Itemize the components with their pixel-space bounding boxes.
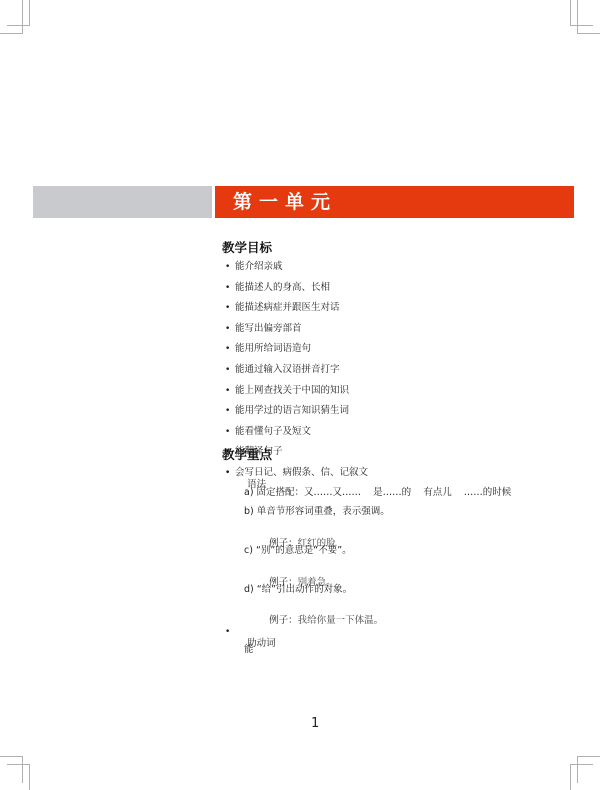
unit-title: 第一单元 [233, 190, 337, 214]
bullet-icon: • [225, 426, 230, 438]
unit-side-band [33, 186, 212, 218]
modal-verb-item: 能 [244, 644, 254, 656]
bullet-icon: • [225, 302, 230, 314]
crop-mark-bottom-left-v1 [22, 756, 23, 783]
crop-mark-top-right-h1 [570, 25, 593, 26]
grammar-point-c: c) “别”的意思是“不要”。 [244, 545, 352, 557]
teaching-goals-heading: 教学目标 [222, 240, 368, 256]
crop-mark-top-left-v2 [29, 0, 30, 25]
crop-mark-bottom-right-h1 [577, 756, 600, 757]
crop-mark-bottom-left-v2 [29, 764, 30, 790]
grammar-example-d: 例子：我给你量一下体温。 [257, 603, 383, 639]
goal-item: •能描述人的身高、长相 [222, 282, 368, 294]
goal-item: •能写出偏旁部首 [222, 323, 368, 335]
crop-mark-top-left-v1 [22, 0, 23, 34]
bullet-icon: • [225, 323, 230, 335]
crop-mark-top-right-h2 [577, 33, 600, 34]
teaching-focus-section: 教学重点 •语法 a) 固定搭配：又……又…… 是……的 有点儿 ……的时候 b… [222, 447, 582, 627]
bullet-icon: • [225, 626, 230, 638]
bullet-icon: • [225, 343, 230, 355]
goal-item: •能通过输入汉语拼音打字 [222, 364, 368, 376]
bullet-icon: • [225, 385, 230, 397]
bullet-icon: • [225, 261, 230, 273]
crop-mark-bottom-right-v2 [577, 756, 578, 783]
page-number: 1 [311, 716, 319, 731]
crop-mark-bottom-right-h2 [570, 764, 593, 765]
goal-item: •能用学过的语言知识猜生词 [222, 405, 368, 417]
goal-item: •能上网查找关于中国的知识 [222, 385, 368, 397]
bullet-icon: • [225, 364, 230, 376]
crop-mark-top-right-v2 [577, 0, 578, 34]
crop-mark-top-left-h1 [7, 25, 30, 26]
grammar-point-a: a) 固定搭配：又……又…… 是……的 有点儿 ……的时候 [244, 487, 511, 499]
goal-item: •能看懂句子及短文 [222, 426, 368, 438]
bullet-icon: • [225, 405, 230, 417]
teaching-focus-heading: 教学重点 [222, 447, 582, 463]
crop-mark-bottom-right-v1 [570, 764, 571, 790]
goal-item: •能用所给词语造句 [222, 343, 368, 355]
bullet-icon: • [225, 467, 230, 479]
goal-item: •能描述病症并跟医生对话 [222, 302, 368, 314]
bullet-icon: • [225, 282, 230, 294]
unit-banner: 第一单元 [215, 186, 574, 218]
grammar-point-d: d) “给”引出动作的对象。 [244, 584, 352, 596]
crop-mark-bottom-left-h1 [0, 756, 23, 757]
goal-item: •能介绍亲戚 [222, 261, 368, 273]
grammar-point-b: b) 单音节形容词重叠，表示强调。 [244, 506, 390, 518]
crop-mark-top-left-h2 [0, 33, 23, 34]
crop-mark-bottom-left-h2 [7, 764, 30, 765]
crop-mark-top-right-v1 [570, 0, 571, 25]
